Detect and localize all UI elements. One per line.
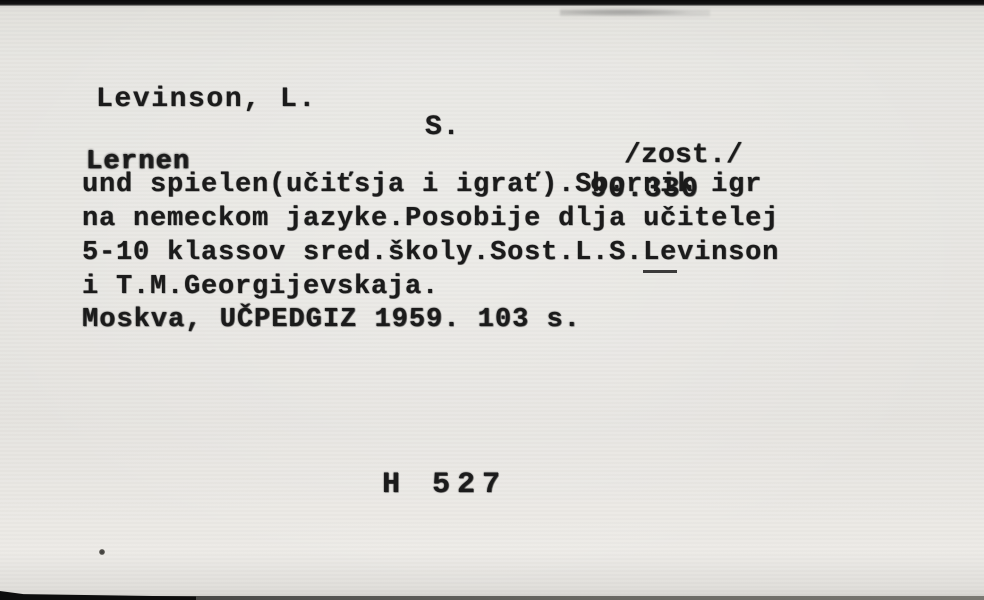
body-line-4: i T.M.Georgijevskaja. <box>82 274 942 304</box>
ink-dot <box>99 549 105 555</box>
heading-row: Levinson, L. S. /zost./ <box>0 58 984 88</box>
body-line-3-prefix: 5-10 klassov sred.školy.Sost.L.S. <box>82 238 643 268</box>
shelf-mark: H 527 <box>382 470 507 500</box>
body-line-3-underlined: Le <box>643 238 677 273</box>
body-line-3-rest: vinson <box>677 238 779 268</box>
catalog-card-scan: Levinson, L. S. /zost./ Lernen 90.330 un… <box>0 0 984 600</box>
author-name: Levinson, L. <box>96 86 317 114</box>
body-line-1: und spielen(učiťsja i igrať).Sbornik igr <box>82 172 942 202</box>
scan-top-edge <box>0 0 984 6</box>
title-row: Lernen 90.330 <box>0 122 984 152</box>
faint-pencil-marks <box>560 7 710 18</box>
body-line-5: Moskva, UČPEDGIZ 1959. 103 s. <box>82 307 942 337</box>
body-line-2: na nemeckom jazyke.Posobije dlja učitele… <box>82 206 942 236</box>
body-line-3: 5-10 klassov sred.školy.Sost.L.S.Levinso… <box>82 240 942 270</box>
